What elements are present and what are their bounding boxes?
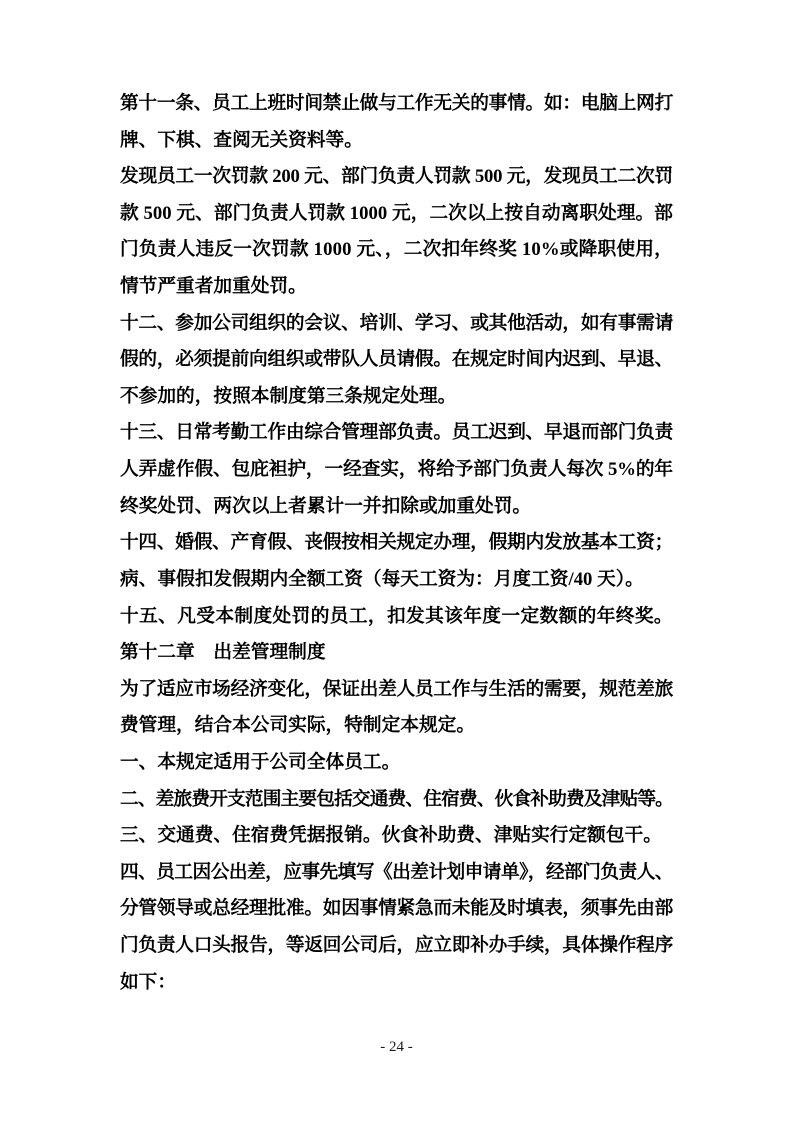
text-line: 发现员工一次罚款 200 元、部门负责人罚款 500 元，发现员工二次罚 xyxy=(120,159,673,196)
text-line: 十四、婚假、产育假、丧假按相关规定办理，假期内发放基本工资； xyxy=(120,525,673,562)
text-line: 门负责人违反一次罚款 1000 元、，二次扣年终奖 10%或降职使用， xyxy=(120,232,673,269)
document-text-block: 第十一条、员工上班时间禁止做与工作无关的事情。如：电脑上网打牌、下棋、查阅无关资… xyxy=(120,86,673,1001)
text-line: 终奖处罚、两次以上者累计一并扣除或加重处罚。 xyxy=(120,489,673,526)
text-line: 假的，必须提前向组织或带队人员请假。在规定时间内迟到、早退、 xyxy=(120,342,673,379)
page-footer: - 24 - xyxy=(0,1037,793,1057)
line-text: 病、事假扣发假期内全额工资（每天工资为：月度工资/40 天）。 xyxy=(120,562,644,599)
text-line: 款 500 元、部门负责人罚款 1000 元，二次以上按自动离职处理。部 xyxy=(120,196,673,233)
text-line: 十三、日常考勤工作由综合管理部负责。员工迟到、早退而部门负责 xyxy=(120,415,673,452)
line-text: 为了适应市场经济变化，保证出差人员工作与生活的需要，规范差旅 xyxy=(120,672,673,709)
page-number: - 24 - xyxy=(380,1039,413,1055)
line-text: 发现员工一次罚款 200 元、部门负责人罚款 500 元，发现员工二次罚 xyxy=(120,159,673,196)
line-text: 人弄虚作假、包庇袒护，一经查实，将给予部门负责人每次 5%的年 xyxy=(120,452,673,489)
text-line: 一、本规定适用于公司全体员工。 xyxy=(120,745,673,782)
line-text: 终奖处罚、两次以上者累计一并扣除或加重处罚。 xyxy=(120,489,531,526)
line-text: 十三、日常考勤工作由综合管理部负责。员工迟到、早退而部门负责 xyxy=(120,415,673,452)
text-line: 如下： xyxy=(120,965,673,1002)
text-line: 人弄虚作假、包庇袒护，一经查实，将给予部门负责人每次 5%的年 xyxy=(120,452,673,489)
line-text: 如下： xyxy=(120,965,176,1002)
line-text: 分管领导或总经理批准。如因事情紧急而未能及时填表，须事先由部 xyxy=(120,891,673,928)
line-text: 二、差旅费开支范围主要包括交通费、住宿费、伙食补助费及津贴等。 xyxy=(120,782,673,819)
line-text: 费管理，结合本公司实际，特制定本规定。 xyxy=(120,708,475,745)
text-line: 为了适应市场经济变化，保证出差人员工作与生活的需要，规范差旅 xyxy=(120,672,673,709)
line-text: 十四、婚假、产育假、丧假按相关规定办理，假期内发放基本工资； xyxy=(120,525,673,562)
line-text: 一、本规定适用于公司全体员工。 xyxy=(120,745,400,782)
line-text: 门负责人违反一次罚款 1000 元、，二次扣年终奖 10%或降职使用， xyxy=(120,232,673,269)
text-line: 情节严重者加重处罚。 xyxy=(120,269,673,306)
text-line: 门负责人口头报告，等返回公司后，应立即补办手续，具体操作程序 xyxy=(120,928,673,965)
line-text: 第十二章 出差管理制度 xyxy=(120,635,326,672)
text-line: 十五、凡受本制度处罚的员工，扣发其该年度一定数额的年终奖。 xyxy=(120,599,673,636)
text-line: 分管领导或总经理批准。如因事情紧急而未能及时填表，须事先由部 xyxy=(120,891,673,928)
text-line: 第十一条、员工上班时间禁止做与工作无关的事情。如：电脑上网打 xyxy=(120,86,673,123)
document-page: 第十一条、员工上班时间禁止做与工作无关的事情。如：电脑上网打牌、下棋、查阅无关资… xyxy=(0,0,793,1122)
line-text: 款 500 元、部门负责人罚款 1000 元，二次以上按自动离职处理。部 xyxy=(120,196,673,233)
line-text: 假的，必须提前向组织或带队人员请假。在规定时间内迟到、早退、 xyxy=(120,342,673,379)
line-text: 第十一条、员工上班时间禁止做与工作无关的事情。如：电脑上网打 xyxy=(120,86,673,123)
line-text: 情节严重者加重处罚。 xyxy=(120,269,307,306)
line-text: 十五、凡受本制度处罚的员工，扣发其该年度一定数额的年终奖。 xyxy=(120,599,673,636)
chapter-heading: 第十二章 出差管理制度 xyxy=(120,635,673,672)
text-line: 费管理，结合本公司实际，特制定本规定。 xyxy=(120,708,673,745)
text-line: 牌、下棋、查阅无关资料等。 xyxy=(120,123,673,160)
line-text: 三、交通费、住宿费凭据报销。伙食补助费、津贴实行定额包干。 xyxy=(120,818,662,855)
line-text: 门负责人口头报告，等返回公司后，应立即补办手续，具体操作程序 xyxy=(120,928,673,965)
line-text: 四、员工因公出差，应事先填写《出差计划申请单》，经部门负责人、 xyxy=(120,855,673,892)
line-text: 牌、下棋、查阅无关资料等。 xyxy=(120,123,363,160)
text-line: 不参加的，按照本制度第三条规定处理。 xyxy=(120,379,673,416)
line-text: 不参加的，按照本制度第三条规定处理。 xyxy=(120,379,456,416)
line-text: 十二、参加公司组织的会议、培训、学习、或其他活动，如有事需请 xyxy=(120,306,673,343)
text-line: 四、员工因公出差，应事先填写《出差计划申请单》，经部门负责人、 xyxy=(120,855,673,892)
text-line: 二、差旅费开支范围主要包括交通费、住宿费、伙食补助费及津贴等。 xyxy=(120,782,673,819)
text-line: 病、事假扣发假期内全额工资（每天工资为：月度工资/40 天）。 xyxy=(120,562,673,599)
text-line: 十二、参加公司组织的会议、培训、学习、或其他活动，如有事需请 xyxy=(120,306,673,343)
text-line: 三、交通费、住宿费凭据报销。伙食补助费、津贴实行定额包干。 xyxy=(120,818,673,855)
